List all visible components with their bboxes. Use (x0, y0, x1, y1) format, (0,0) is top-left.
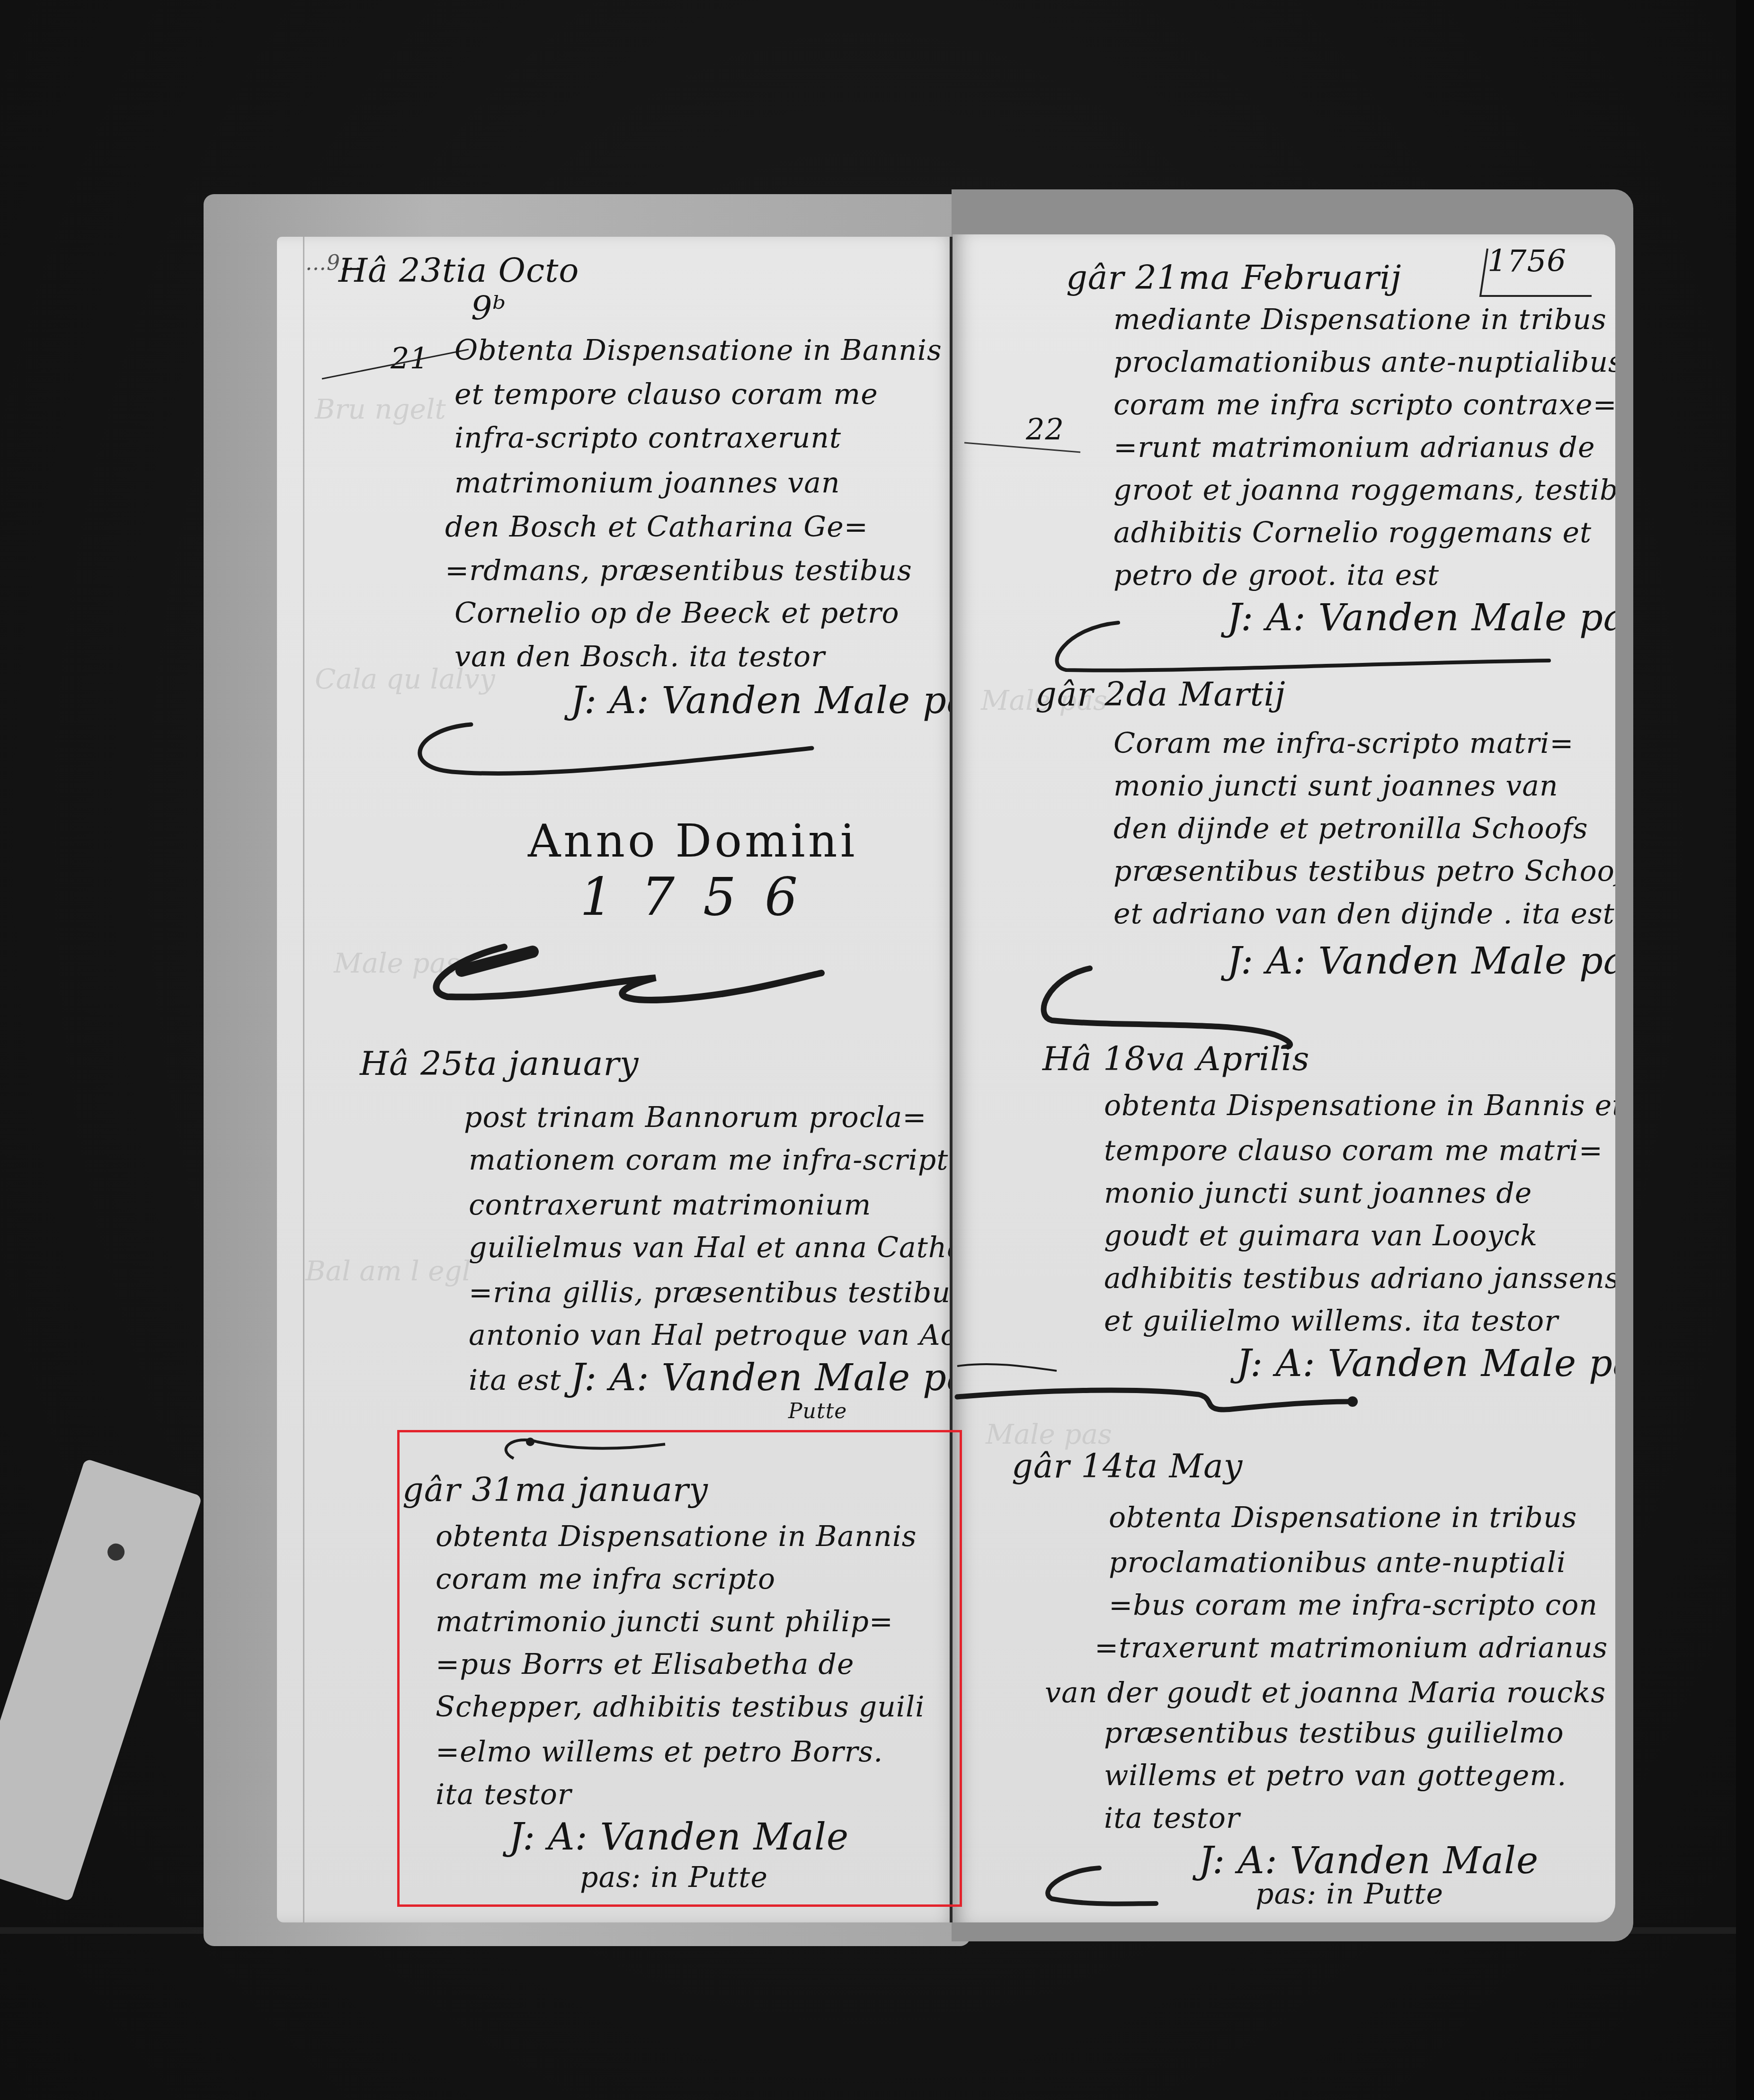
entry-line: adhibitis testibus adriano janssens (1104, 1262, 1615, 1295)
entry-line: =rina gillis, præsentibus testibus (469, 1276, 959, 1309)
entry-line: monio juncti sunt joannes van (1113, 769, 1558, 803)
signature-place: Putte (788, 1399, 847, 1423)
entry-line: contraxerunt matrimonium (469, 1189, 871, 1222)
entry-date-heading: gâr 31ma january (402, 1470, 708, 1509)
entry-date-heading: gâr 2da Martij (1035, 675, 1286, 714)
margin-rule (303, 237, 304, 1922)
bleed-through-text: Bal am l egl (305, 1255, 471, 1287)
year-heading-value: 1756 (580, 867, 826, 927)
right-page: Male pas Male pas 1756 22 gâr 21ma Febru… (953, 234, 1615, 1922)
entry-line: obtenta Dispensatione in tribus (1109, 1501, 1577, 1534)
entry-date-sub: 9ᵇ (471, 289, 507, 328)
entry-line: præsentibus testibus petro Schoofs (1113, 855, 1615, 888)
entry-date-heading: gâr 21ma Februarij (1066, 258, 1402, 297)
entry-line: antonio van Hal petroque van Acker= (469, 1319, 959, 1352)
entry-date-heading: gâr 14ta May (1012, 1447, 1243, 1485)
signature-place: pas: in Putte (580, 1861, 768, 1894)
entry-line: infra-scripto contraxerunt (454, 421, 841, 455)
entry-line: den dijnde et petronilla Schoofs (1113, 812, 1588, 845)
entry-line: Schepper, adhibitis testibus guili (436, 1690, 925, 1724)
entry-line: obtenta Dispensatione in Bannis et (1104, 1089, 1615, 1122)
flourish-divider (395, 715, 821, 781)
margin-pointer-line (962, 438, 1085, 457)
entry-line: post trinam Bannorum procla= (464, 1101, 926, 1134)
entry-line: matrimonium joannes van (454, 466, 840, 500)
flourish-divider (1033, 1863, 1166, 1911)
entry-line: monio juncti sunt joannes de (1104, 1177, 1532, 1210)
entry-line: =traxerunt matrimonium adrianus (1095, 1631, 1608, 1664)
entry-line: petro de groot. ita est (1113, 559, 1439, 592)
signature-place: pas: in Putte (1255, 1877, 1443, 1911)
bleed-through-text: Bru ngelt (315, 393, 446, 425)
entry-line: goudt et guimara van Looyck (1104, 1219, 1538, 1252)
entry-line: mediante Dispensatione in tribus (1113, 303, 1607, 336)
entry-line: Obtenta Dispensatione in Bannis (454, 334, 942, 367)
entry-line: ita testor (1104, 1802, 1240, 1835)
entry-line: et guilielmo willems. ita testor (1104, 1305, 1558, 1338)
bleed-through-text: Male pas (986, 1418, 1112, 1450)
entry-line: den Bosch et Catharina Ge= (445, 510, 868, 544)
entry-line: matrimonio juncti sunt philip= (436, 1605, 893, 1638)
entry-line: =runt matrimonium adrianus de (1113, 431, 1595, 464)
entry-line: =rdmans, præsentibus testibus (445, 554, 912, 587)
entry-line: Cornelio op de Beeck et petro (454, 597, 899, 630)
flourish-divider (1028, 964, 1322, 1049)
entry-line: van der goudt et joanna Maria roucks (1045, 1676, 1606, 1709)
entry-date-heading: Hâ 23tia Octo (338, 251, 579, 290)
page-number-bracket (1473, 244, 1596, 301)
priest-signature: J: A: Vanden Male (509, 1816, 849, 1859)
entry-line: =elmo willems et petro Borrs. (436, 1735, 883, 1769)
entry-line: præsentibus testibus guilielmo (1104, 1716, 1564, 1750)
entry-line: adhibitis Cornelio roggemans et (1113, 516, 1592, 549)
priest-signature: J: A: Vanden Male (1199, 1840, 1539, 1882)
binding-hole (105, 1541, 126, 1563)
entry-date-heading: Hâ 25ta january (360, 1044, 639, 1083)
entry-line: =pus Borrs et Elisabetha de (436, 1648, 855, 1681)
entry-line: van den Bosch. ita testor (454, 640, 825, 673)
entry-date-heading: Hâ 18va Aprilis (1042, 1039, 1310, 1078)
entry-line: tempore clauso coram me matri= (1104, 1134, 1603, 1167)
priest-signature: J: A: Vanden Male pas: in (570, 1357, 959, 1399)
flourish-divider (953, 1361, 1379, 1418)
entry-line: obtenta Dispensatione in Bannis (436, 1520, 917, 1553)
year-heading-label: Anno Domini (528, 814, 857, 867)
entry-line: groot et joanna roggemans, testibus (1113, 474, 1615, 507)
entry-line: ita testor (436, 1778, 571, 1811)
entry-line: ita est (469, 1364, 561, 1397)
entry-line: guilielmus van Hal et anna Catha (469, 1231, 959, 1264)
left-page: Bru ngelt Cala qu lalvy Male pas. Bal am… (277, 237, 959, 1922)
flourish-divider (410, 928, 836, 1013)
entry-line: coram me infra scripto contraxe= (1113, 388, 1615, 421)
entry-line: Coram me infra-scripto matri= (1113, 727, 1574, 760)
entry-line: willems et petro van gottegem. (1104, 1759, 1567, 1792)
flourish-divider (485, 1430, 675, 1468)
flourish-divider (1038, 618, 1558, 679)
entry-line: et tempore clauso coram me (454, 378, 878, 411)
margin-pointer-line (320, 346, 471, 384)
entry-line: proclamationibus ante-nuptiali (1109, 1546, 1566, 1579)
entry-line: coram me infra scripto (436, 1563, 775, 1596)
entry-line: =bus coram me infra-scripto con (1109, 1589, 1598, 1622)
entry-line: mationem coram me infra-scripto (469, 1144, 959, 1177)
entry-line: proclamationibus ante-nuptialibus (1113, 346, 1615, 379)
entry-line: et adriano van den dijnde . ita est (1113, 897, 1615, 930)
